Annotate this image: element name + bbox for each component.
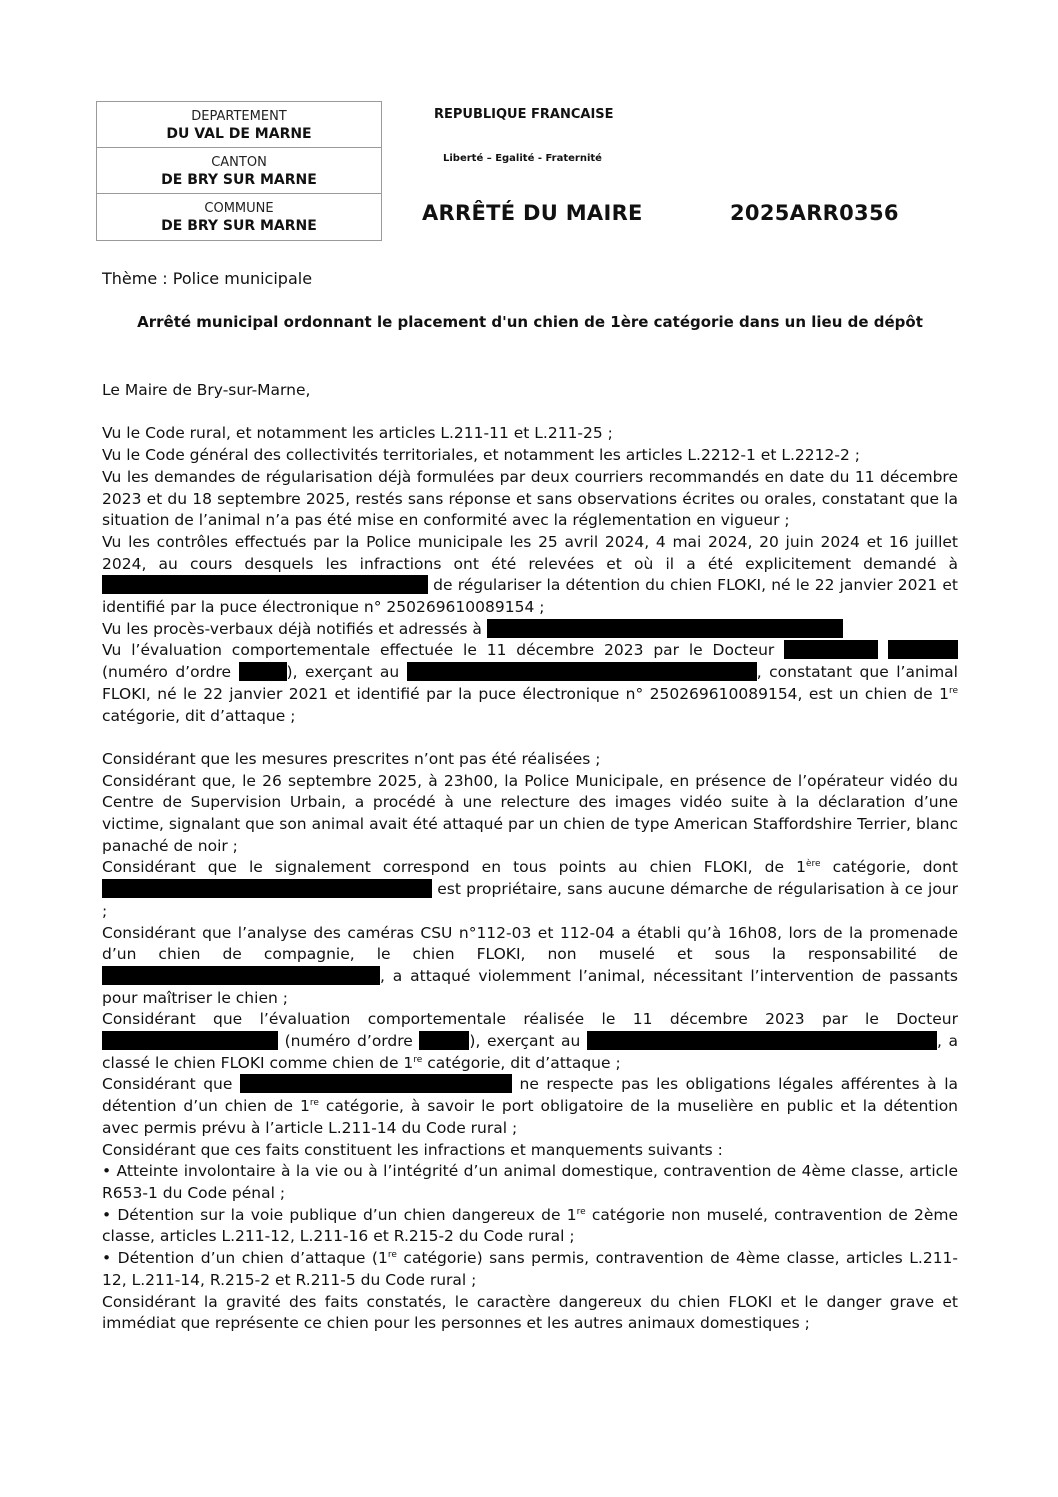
vu-paragraph: Vu l’évaluation comportementale effectué… [102,640,958,727]
considerant-paragraph: Considérant que ces faits constituent le… [102,1140,958,1162]
departement-label: DEPARTEMENT [97,108,381,125]
considerant-paragraph: Considérant que l’analyse des caméras CS… [102,923,958,1010]
decree-number: 2025ARR0356 [730,201,899,225]
theme-line: Thème : Police municipale [102,269,312,288]
canton-label: CANTON [97,154,381,171]
commune-label: COMMUNE [97,200,381,217]
vu-paragraph: Vu les contrôles effectués par la Police… [102,532,958,619]
redaction-box [407,662,757,681]
redaction-box [487,619,843,638]
considerant-paragraph: Considérant la gravité des faits constat… [102,1292,958,1335]
redaction-box [239,662,287,681]
redaction-box [102,1031,278,1050]
opening-line: Le Maire de Bry-sur-Marne, [102,380,958,402]
administrative-header-box: DEPARTEMENT DU VAL DE MARNE CANTON DE BR… [96,101,382,241]
infraction-bullet: • Détention d’un chien d’attaque (1re ca… [102,1248,958,1291]
considerant-paragraph: Considérant que l’évaluation comportemen… [102,1009,958,1074]
canton-block: CANTON DE BRY SUR MARNE [97,148,381,194]
redaction-box [888,640,958,659]
departement-block: DEPARTEMENT DU VAL DE MARNE [97,102,381,148]
republic-heading: REPUBLIQUE FRANCAISE [434,107,614,122]
canton-value: DE BRY SUR MARNE [97,171,381,190]
departement-value: DU VAL DE MARNE [97,125,381,144]
redaction-box [419,1031,469,1050]
vu-paragraph: Vu les procès-verbaux déjà notifiés et a… [102,619,958,641]
infraction-bullet: • Détention sur la voie publique d’un ch… [102,1205,958,1248]
vu-paragraph: Vu les demandes de régularisation déjà f… [102,467,958,532]
commune-block: COMMUNE DE BRY SUR MARNE [97,194,381,240]
redaction-box [587,1031,937,1050]
document-title: ARRÊTÉ DU MAIRE [422,201,643,225]
considerant-paragraph: Considérant que, le 26 septembre 2025, à… [102,771,958,858]
considerant-paragraph: Considérant que ne respecte pas les obli… [102,1074,958,1139]
infraction-bullet: • Atteinte involontaire à la vie ou à l’… [102,1161,958,1204]
redaction-box [240,1074,512,1093]
document-body: Le Maire de Bry-sur-Marne, Vu le Code ru… [102,380,958,1335]
decree-subject: Arrêté municipal ordonnant le placement … [102,313,958,331]
redaction-box [784,640,878,659]
considerant-paragraph: Considérant que le signalement correspon… [102,857,958,922]
republic-motto: Liberté – Egalité - Fraternité [443,153,602,164]
redaction-box [102,575,428,594]
redaction-box [102,966,380,985]
redaction-box [102,879,432,898]
considerant-paragraph: Considérant que les mesures prescrites n… [102,749,958,771]
commune-value: DE BRY SUR MARNE [97,217,381,236]
vu-paragraph: Vu le Code rural, et notamment les artic… [102,423,958,445]
vu-paragraph: Vu le Code général des collectivités ter… [102,445,958,467]
